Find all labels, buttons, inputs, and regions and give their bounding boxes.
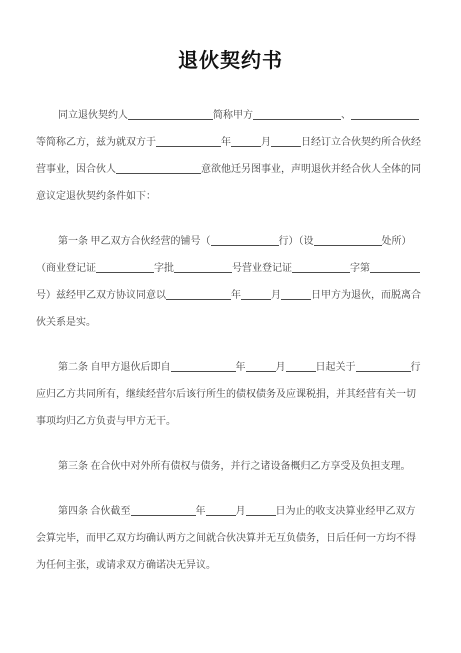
- text-run: 日起关于: [316, 362, 356, 373]
- text-run: 行）（设: [279, 236, 314, 247]
- fill-in-blank: [351, 108, 419, 120]
- paragraph-article-4: 第四条 合伙截至年月日为止的收支决算业经甲乙双方会算完毕，而甲乙双方均确认两方之…: [36, 498, 425, 579]
- paragraph-article-1: 第一条 甲乙双方合伙经营的铺号（行）（设处所）（商业登记证字批号营业登记证字第号…: [36, 228, 425, 336]
- fill-in-blank: [281, 288, 311, 300]
- text-run: 号营业登记证: [232, 263, 292, 274]
- fill-in-blank: [370, 261, 420, 273]
- text-run: 、: [341, 110, 351, 121]
- fill-in-blank: [174, 261, 232, 273]
- text-run: 简称甲方: [213, 110, 253, 121]
- paragraph-article-2: 第二条 自甲方退伙后即自年月日起关于行应归乙方共同所有，继续经营尔后该行所生的债…: [36, 354, 425, 435]
- document-body: 同立退伙契约人简称甲方、等简称乙方，兹为就双方于年月日经订立合伙契约所合伙经营事…: [36, 102, 425, 579]
- text-run: 月: [236, 506, 246, 517]
- fill-in-blank: [166, 288, 231, 300]
- text-run: 年: [221, 137, 231, 148]
- text-run: 字批: [154, 263, 174, 274]
- fill-in-blank: [253, 108, 341, 120]
- fill-in-blank: [156, 135, 221, 147]
- text-run: 月: [271, 290, 281, 301]
- contract-page: 退伙契约书 同立退伙契约人简称甲方、等简称乙方，兹为就双方于年月日经订立合伙契约…: [0, 0, 461, 653]
- text-run: 第一条 甲乙双方合伙经营的铺号（: [58, 236, 211, 247]
- text-run: 字第: [350, 263, 370, 274]
- text-run: 第二条 自甲方退伙后即自: [58, 362, 171, 373]
- text-run: 月: [276, 362, 286, 373]
- fill-in-blank: [286, 360, 316, 372]
- text-run: 同立退伙契约人: [58, 110, 128, 121]
- fill-in-blank: [171, 360, 236, 372]
- fill-in-blank: [246, 504, 276, 516]
- text-run: 年: [231, 290, 241, 301]
- text-run: 等简称乙方，兹为就双方于: [36, 137, 156, 148]
- fill-in-blank: [356, 360, 411, 372]
- fill-in-blank: [211, 234, 279, 246]
- fill-in-blank: [96, 261, 154, 273]
- fill-in-blank: [271, 135, 301, 147]
- fill-in-blank: [206, 504, 236, 516]
- fill-in-blank: [246, 360, 276, 372]
- text-run: 第四条 合伙截至: [58, 506, 131, 517]
- fill-in-blank: [131, 504, 196, 516]
- fill-in-blank: [231, 135, 261, 147]
- fill-in-blank: [128, 108, 213, 120]
- fill-in-blank: [116, 162, 201, 174]
- text-run: 第三条 在合伙中对外所有债权与债务，并行之诸设备概归乙方享受及负担支理。: [58, 461, 411, 472]
- text-run: 年: [196, 506, 206, 517]
- paragraph-intro: 同立退伙契约人简称甲方、等简称乙方，兹为就双方于年月日经订立合伙契约所合伙经营事…: [36, 102, 425, 210]
- paragraph-article-3: 第三条 在合伙中对外所有债权与债务，并行之诸设备概归乙方享受及负担支理。: [36, 453, 425, 480]
- fill-in-blank: [241, 288, 271, 300]
- text-run: 号）兹经甲乙双方协议同意以: [36, 290, 166, 301]
- document-title: 退伙契约书: [36, 46, 425, 76]
- fill-in-blank: [292, 261, 350, 273]
- fill-in-blank: [314, 234, 382, 246]
- text-run: 年: [236, 362, 246, 373]
- text-run: 月: [261, 137, 271, 148]
